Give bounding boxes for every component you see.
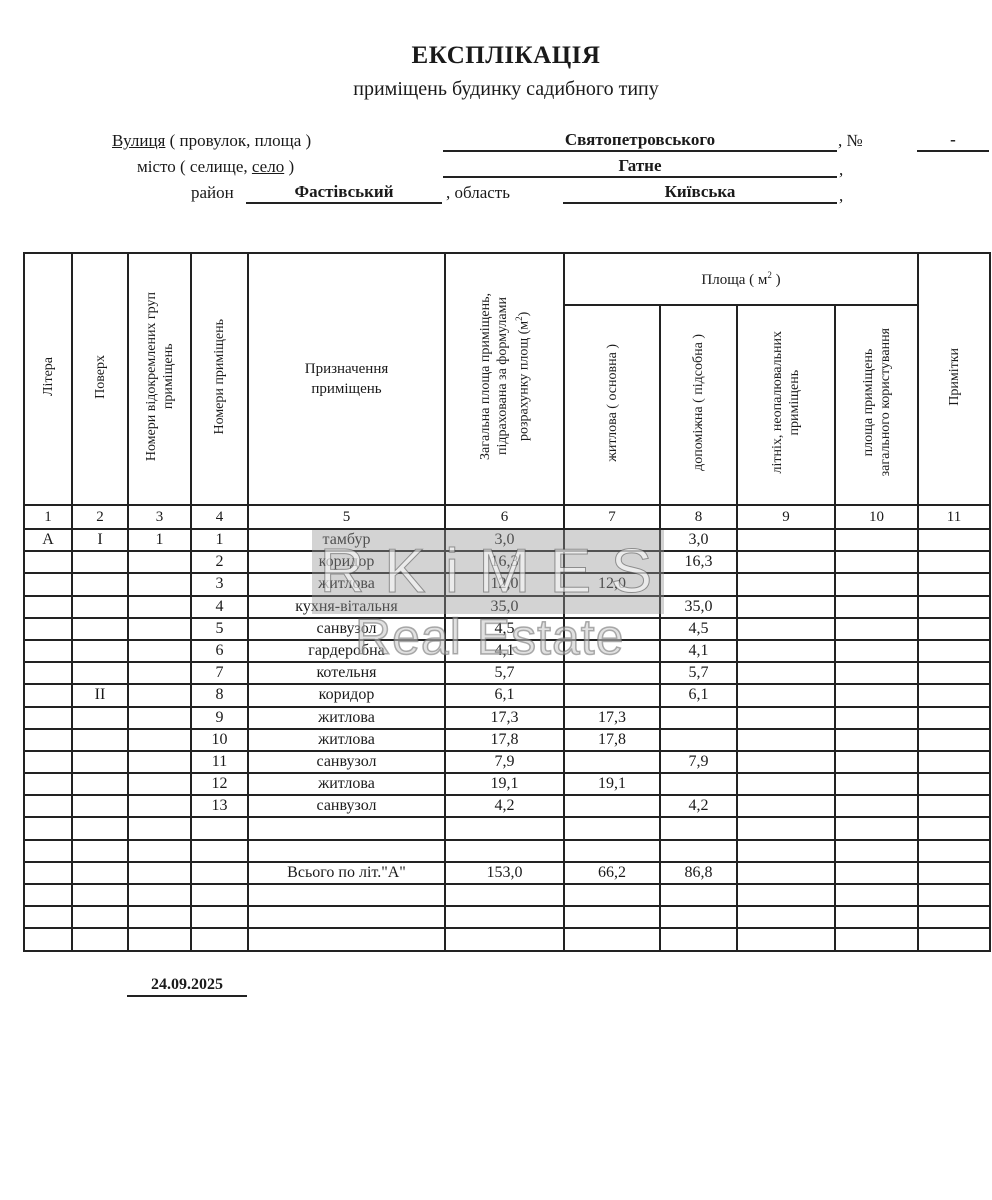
table-cell — [737, 795, 835, 817]
table-cell — [128, 795, 191, 817]
table-cell: 19,1 — [445, 773, 564, 795]
table-row: 10житлова17,817,8 — [24, 729, 990, 751]
table-cell — [72, 618, 128, 640]
table-row — [24, 928, 990, 950]
table-cell: кухня-вітальня — [248, 596, 445, 618]
header-notes: Примітки — [918, 253, 990, 505]
table-cell — [918, 662, 990, 684]
table-cell: 1 — [128, 529, 191, 551]
table-row — [24, 884, 990, 906]
table-row: АІ11тамбур3,03,0 — [24, 529, 990, 551]
table-cell: 6 — [191, 640, 248, 662]
table-cell — [72, 707, 128, 729]
table-cell: коридор — [248, 684, 445, 706]
table-cell: 35,0 — [660, 596, 737, 618]
table-cell: санвузол — [248, 795, 445, 817]
table-cell — [918, 817, 990, 839]
table-cell: 35,0 — [445, 596, 564, 618]
table-cell — [191, 840, 248, 862]
table-cell — [445, 928, 564, 950]
table-cell — [24, 928, 72, 950]
column-number-9: 9 — [737, 505, 835, 529]
table-cell: 5,7 — [445, 662, 564, 684]
table-row: 9житлова17,317,3 — [24, 707, 990, 729]
column-number-3: 3 — [128, 505, 191, 529]
header-room-numbers: Номери приміщень — [191, 253, 248, 505]
table-cell: А — [24, 529, 72, 551]
table-cell — [918, 729, 990, 751]
table-cell — [918, 795, 990, 817]
table-cell: 8 — [191, 684, 248, 706]
table-cell — [24, 795, 72, 817]
table-cell — [564, 906, 660, 928]
table-cell: 12,0 — [564, 573, 660, 595]
table-cell — [24, 773, 72, 795]
table-cell — [737, 551, 835, 573]
column-numbers-row: 1234567891011 — [24, 505, 990, 529]
table-cell — [737, 773, 835, 795]
table-cell — [737, 906, 835, 928]
table-cell — [918, 884, 990, 906]
table-cell: 19,1 — [564, 773, 660, 795]
table-cell — [835, 884, 918, 906]
city-label-underlined: село — [252, 157, 284, 176]
table-cell — [564, 684, 660, 706]
table-cell — [445, 840, 564, 862]
column-number-7: 7 — [564, 505, 660, 529]
table-cell: 66,2 — [564, 862, 660, 884]
column-number-10: 10 — [835, 505, 918, 529]
table-cell: 16,3 — [660, 551, 737, 573]
table-cell — [24, 906, 72, 928]
table-cell — [835, 684, 918, 706]
table-cell — [918, 596, 990, 618]
table-cell — [72, 729, 128, 751]
table-cell: котельня — [248, 662, 445, 684]
table-cell: 3,0 — [660, 529, 737, 551]
table-cell — [835, 640, 918, 662]
table-cell — [564, 795, 660, 817]
table-cell — [737, 529, 835, 551]
table-cell — [564, 640, 660, 662]
table-cell — [660, 573, 737, 595]
table-cell — [564, 840, 660, 862]
table-cell: житлова — [248, 729, 445, 751]
column-number-8: 8 — [660, 505, 737, 529]
table-cell: 9 — [191, 707, 248, 729]
table-cell — [737, 707, 835, 729]
table-cell — [835, 817, 918, 839]
table-cell — [128, 729, 191, 751]
table-cell — [918, 773, 990, 795]
table-cell — [72, 551, 128, 573]
table-cell — [737, 662, 835, 684]
table-cell — [24, 707, 72, 729]
table-cell — [191, 928, 248, 950]
table-cell: 11 — [191, 751, 248, 773]
document-title: ЕКСПЛІКАЦІЯ — [0, 42, 992, 70]
header-area-group: Площа ( м2 ) — [564, 253, 918, 305]
table-cell — [72, 596, 128, 618]
district-field: Фастівський — [246, 182, 442, 204]
table-cell — [564, 928, 660, 950]
table-cell — [918, 707, 990, 729]
street-label: Вулиця ( провулок, площа ) — [112, 131, 311, 151]
table-cell: санвузол — [248, 751, 445, 773]
table-cell: 1 — [191, 529, 248, 551]
table-cell — [72, 906, 128, 928]
table-cell — [191, 817, 248, 839]
table-cell: ІІ — [72, 684, 128, 706]
table-cell — [445, 817, 564, 839]
table-cell — [248, 928, 445, 950]
document-subtitle: приміщень будинку садибного типу — [0, 78, 992, 101]
table-row — [24, 817, 990, 839]
table-row: 4кухня-вітальня35,035,0 — [24, 596, 990, 618]
table-cell — [660, 906, 737, 928]
table-cell — [835, 573, 918, 595]
table-cell: 4,2 — [445, 795, 564, 817]
city-label: місто ( селище, село ) — [137, 157, 294, 177]
table-cell — [564, 551, 660, 573]
table-cell — [835, 529, 918, 551]
table-cell — [660, 773, 737, 795]
table-cell — [128, 840, 191, 862]
table-cell: 3,0 — [445, 529, 564, 551]
table-cell — [835, 795, 918, 817]
table-cell: житлова — [248, 773, 445, 795]
table-cell — [72, 795, 128, 817]
table-cell — [128, 773, 191, 795]
table-cell: 6,1 — [660, 684, 737, 706]
table-cell — [72, 640, 128, 662]
table-cell: 4,1 — [660, 640, 737, 662]
table-cell — [128, 551, 191, 573]
table-cell — [24, 729, 72, 751]
table-cell — [918, 928, 990, 950]
table-cell: 10 — [191, 729, 248, 751]
table-cell: житлова — [248, 573, 445, 595]
column-number-1: 1 — [24, 505, 72, 529]
table-cell — [24, 640, 72, 662]
table-cell — [737, 751, 835, 773]
table-cell: 4 — [191, 596, 248, 618]
header-common-area: площа приміщеньзагального користування — [835, 305, 918, 505]
table-cell — [660, 707, 737, 729]
column-number-5: 5 — [248, 505, 445, 529]
table-cell — [72, 573, 128, 595]
street-label-underlined: Вулиця — [112, 131, 165, 150]
city-label-start: місто ( селище, — [137, 157, 252, 176]
header-summer-area: літніх, неопалювальнихприміщень — [737, 305, 835, 505]
table-cell: 6,1 — [445, 684, 564, 706]
table-cell — [24, 862, 72, 884]
table-cell — [835, 551, 918, 573]
table-cell: 17,8 — [564, 729, 660, 751]
table-cell: 12,0 — [445, 573, 564, 595]
table-cell: 4,5 — [660, 618, 737, 640]
table-cell: житлова — [248, 707, 445, 729]
region-label: , область — [446, 183, 510, 203]
table-cell — [660, 928, 737, 950]
table-cell — [248, 884, 445, 906]
table-cell — [248, 906, 445, 928]
table-cell — [248, 817, 445, 839]
region-field: Київська — [563, 182, 837, 204]
table-row: 6гардеробна4,14,1 — [24, 640, 990, 662]
table-cell — [24, 662, 72, 684]
document-date: 24.09.2025 — [127, 975, 247, 997]
city-comma: , — [839, 160, 843, 180]
table-cell: тамбур — [248, 529, 445, 551]
table-cell — [660, 729, 737, 751]
table-body: АІ11тамбур3,03,02коридор16,316,33житлова… — [24, 529, 990, 951]
table-cell: коридор — [248, 551, 445, 573]
table-cell — [24, 596, 72, 618]
table-cell — [564, 618, 660, 640]
table-row — [24, 906, 990, 928]
table-cell — [737, 928, 835, 950]
table-row: 2коридор16,316,3 — [24, 551, 990, 573]
table-cell — [191, 884, 248, 906]
table-cell — [128, 573, 191, 595]
table-cell — [737, 618, 835, 640]
table-cell: 86,8 — [660, 862, 737, 884]
table-cell — [128, 618, 191, 640]
table-cell: 2 — [191, 551, 248, 573]
table-cell — [445, 884, 564, 906]
table-cell — [128, 928, 191, 950]
header-litera: Літера — [24, 253, 72, 505]
table-cell — [564, 817, 660, 839]
table-cell — [24, 840, 72, 862]
table-cell — [24, 884, 72, 906]
table-row: 5санвузол4,54,5 — [24, 618, 990, 640]
table-cell — [737, 729, 835, 751]
column-number-6: 6 — [445, 505, 564, 529]
table-cell — [835, 773, 918, 795]
table-cell — [660, 817, 737, 839]
table-row: 7котельня5,75,7 — [24, 662, 990, 684]
region-comma: , — [839, 186, 843, 206]
table-cell — [24, 684, 72, 706]
table-cell: І — [72, 529, 128, 551]
table-row: 13санвузол4,24,2 — [24, 795, 990, 817]
table-cell — [918, 551, 990, 573]
table-row: 3житлова12,012,0 — [24, 573, 990, 595]
table-row: ІІ8коридор6,16,1 — [24, 684, 990, 706]
table-cell — [835, 751, 918, 773]
table-cell: 17,3 — [445, 707, 564, 729]
table-cell — [835, 928, 918, 950]
table-cell — [564, 596, 660, 618]
table-cell — [835, 618, 918, 640]
table-cell — [248, 840, 445, 862]
table-cell — [72, 840, 128, 862]
table-cell — [128, 684, 191, 706]
table-cell — [191, 862, 248, 884]
column-number-2: 2 — [72, 505, 128, 529]
table-row: Всього по літ."А"153,066,286,8 — [24, 862, 990, 884]
table-cell: 5,7 — [660, 662, 737, 684]
table-cell: 5 — [191, 618, 248, 640]
table-cell: Всього по літ."А" — [248, 862, 445, 884]
table-cell — [72, 884, 128, 906]
table-cell — [918, 573, 990, 595]
header-floor: Поверх — [72, 253, 128, 505]
explication-table: Літера Поверх Номери відокремлених групп… — [23, 252, 991, 952]
number-label: , № — [838, 131, 863, 151]
table-cell — [835, 729, 918, 751]
table-cell — [737, 840, 835, 862]
street-field: Святопетровського — [443, 130, 837, 152]
table-cell: 4,5 — [445, 618, 564, 640]
table-cell — [24, 817, 72, 839]
table-cell — [128, 707, 191, 729]
table-cell — [128, 817, 191, 839]
table-cell: 17,8 — [445, 729, 564, 751]
table-cell — [737, 884, 835, 906]
table-cell — [835, 596, 918, 618]
table-cell — [918, 684, 990, 706]
column-number-11: 11 — [918, 505, 990, 529]
number-field: - — [917, 130, 989, 152]
table-cell — [737, 862, 835, 884]
header-auxiliary-area: допоміжна ( підсобна ) — [660, 305, 737, 505]
table-cell — [737, 596, 835, 618]
table-cell — [128, 751, 191, 773]
street-label-rest: ( провулок, площа ) — [165, 131, 311, 150]
table-cell — [564, 529, 660, 551]
table-cell: 16,3 — [445, 551, 564, 573]
table-cell — [128, 862, 191, 884]
table-cell — [128, 662, 191, 684]
table-cell — [128, 884, 191, 906]
table-cell: санвузол — [248, 618, 445, 640]
table-cell — [564, 884, 660, 906]
column-number-4: 4 — [191, 505, 248, 529]
table-cell — [72, 862, 128, 884]
table-cell — [918, 640, 990, 662]
table-cell — [835, 707, 918, 729]
header-living-area: житлова ( основна ) — [564, 305, 660, 505]
table-cell — [660, 884, 737, 906]
table-cell — [72, 817, 128, 839]
table-cell — [24, 573, 72, 595]
table-cell — [72, 662, 128, 684]
table-cell — [24, 618, 72, 640]
table-row: 12житлова19,119,1 — [24, 773, 990, 795]
table-cell — [445, 906, 564, 928]
table-cell — [660, 840, 737, 862]
table-cell — [737, 684, 835, 706]
district-label: район — [191, 183, 234, 203]
table-cell — [835, 840, 918, 862]
table-row — [24, 840, 990, 862]
table-cell — [24, 751, 72, 773]
table-cell: гардеробна — [248, 640, 445, 662]
table-cell: 4,2 — [660, 795, 737, 817]
table-cell — [564, 751, 660, 773]
table-cell — [835, 862, 918, 884]
table-cell — [737, 573, 835, 595]
table-cell — [737, 640, 835, 662]
table-cell — [918, 840, 990, 862]
table-cell — [918, 618, 990, 640]
table-cell: 3 — [191, 573, 248, 595]
table-cell: 7,9 — [660, 751, 737, 773]
table-cell — [128, 640, 191, 662]
city-label-end: ) — [284, 157, 294, 176]
table-cell: 7,9 — [445, 751, 564, 773]
table-cell: 4,1 — [445, 640, 564, 662]
table-cell — [72, 751, 128, 773]
header-purpose: Призначенняприміщень — [248, 253, 445, 505]
table-cell: 7 — [191, 662, 248, 684]
table-cell — [72, 773, 128, 795]
table-cell: 17,3 — [564, 707, 660, 729]
table-cell: 12 — [191, 773, 248, 795]
table-cell — [737, 817, 835, 839]
table-cell — [128, 906, 191, 928]
table-cell: 153,0 — [445, 862, 564, 884]
table-cell — [918, 862, 990, 884]
table-row: 11санвузол7,97,9 — [24, 751, 990, 773]
table-cell — [835, 662, 918, 684]
header-total-area: Загальна площа приміщень,підрахована за … — [445, 253, 564, 505]
table-cell: 13 — [191, 795, 248, 817]
table-cell — [918, 529, 990, 551]
table-cell — [24, 551, 72, 573]
table-cell — [128, 596, 191, 618]
city-field: Гатне — [443, 156, 837, 178]
table-cell — [72, 928, 128, 950]
table-cell — [918, 906, 990, 928]
table-cell — [564, 662, 660, 684]
table-cell — [835, 906, 918, 928]
header-group-numbers: Номери відокремлених групприміщень — [128, 253, 191, 505]
table-cell — [191, 906, 248, 928]
table-cell — [918, 751, 990, 773]
